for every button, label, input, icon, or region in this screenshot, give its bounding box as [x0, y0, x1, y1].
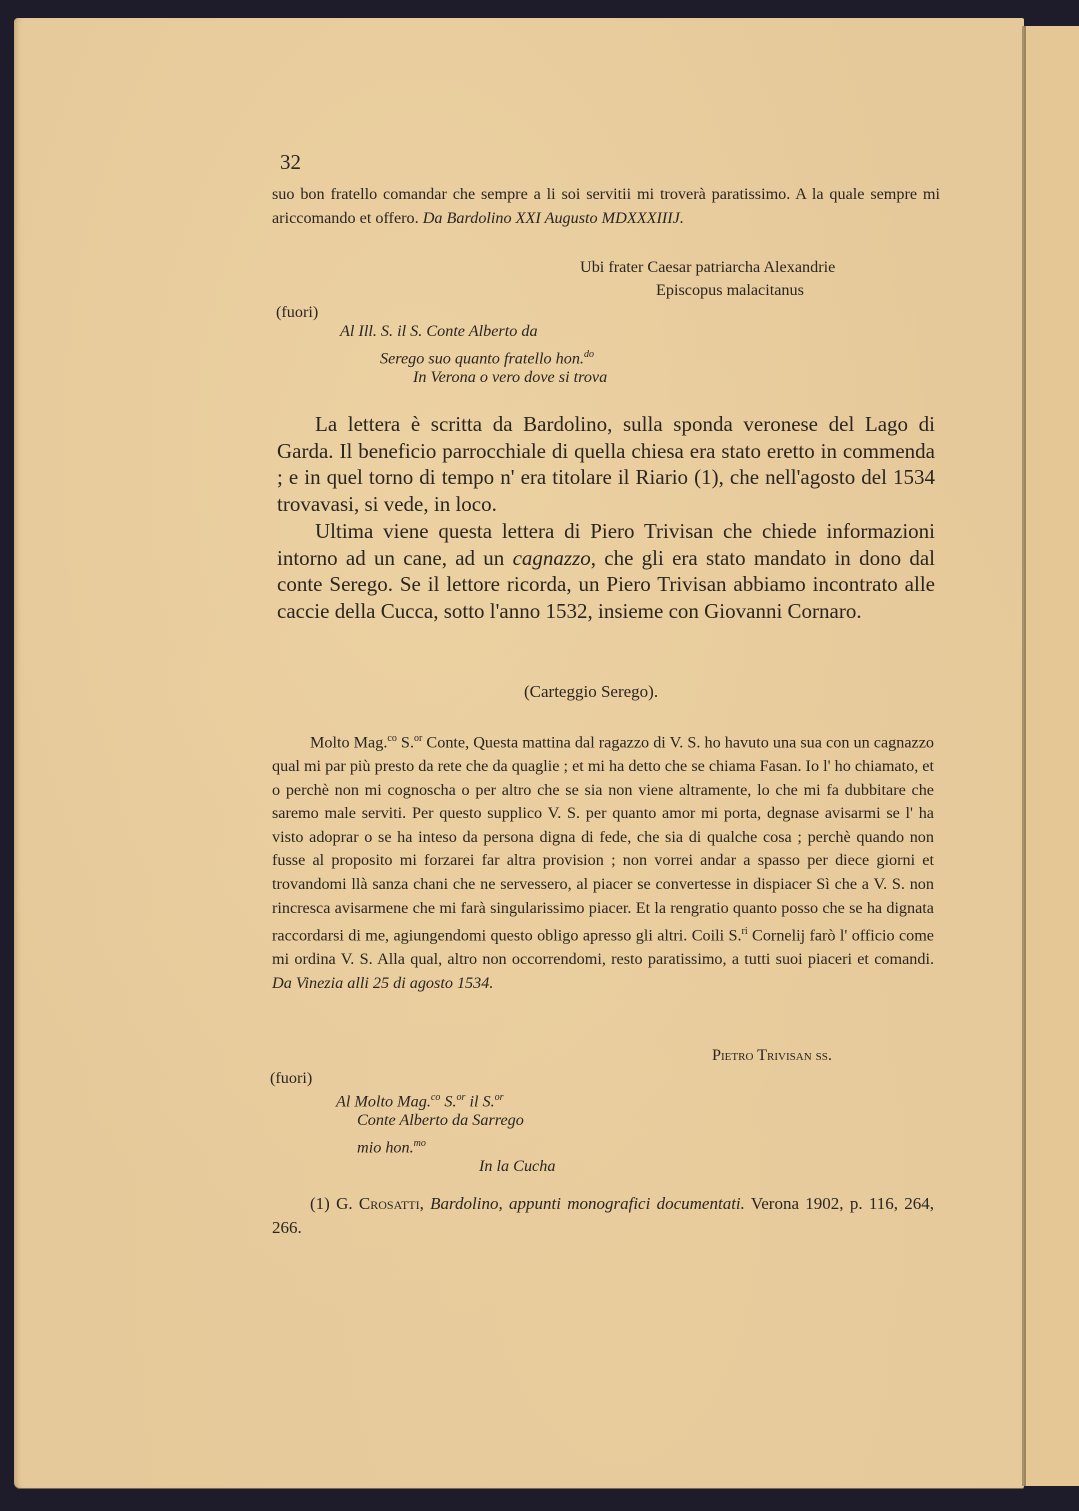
letter1-closing: suo bon fratello comandar che sempre a l… — [272, 183, 940, 230]
commentary-paragraph-2: Ultima viene questa lettera di Piero Tri… — [277, 518, 935, 625]
source-label: (Carteggio Serego). — [524, 680, 658, 704]
address1-line-3: In Verona o vero dove si trova — [413, 366, 607, 390]
address1-line-1: Al Ill. S. il S. Conte Alberto da — [340, 320, 538, 344]
letter1-signature-1: Ubi frater Caesar patriarcha Alexandrie — [580, 256, 835, 280]
letter1-date: Da Bardolino XXI Augusto MDXXXIIIJ. — [423, 209, 684, 227]
address2-label: (fuori) — [270, 1067, 312, 1091]
page-number: 32 — [280, 150, 301, 175]
letter2-body: Molto Mag.co S.or Conte, Questa mattina … — [272, 727, 934, 995]
letter2-signature: Pietro Trivisan ss. — [712, 1044, 832, 1068]
address2-line-2: Conte Alberto da Sarrego — [357, 1109, 524, 1133]
address1-label: (fuori) — [276, 301, 318, 325]
commentary-paragraph-1: La lettera è scritta da Bardolino, sulla… — [277, 411, 935, 518]
address2-line-3: mio hon.mo — [357, 1132, 426, 1160]
footnote: (1) G. Crosatti, Bardolino, appunti mono… — [272, 1192, 934, 1239]
letter1-signature-2: Episcopus malacitanus — [656, 279, 804, 303]
next-page-edge — [1024, 26, 1079, 1486]
address2-line-4: In la Cucha — [479, 1155, 555, 1179]
